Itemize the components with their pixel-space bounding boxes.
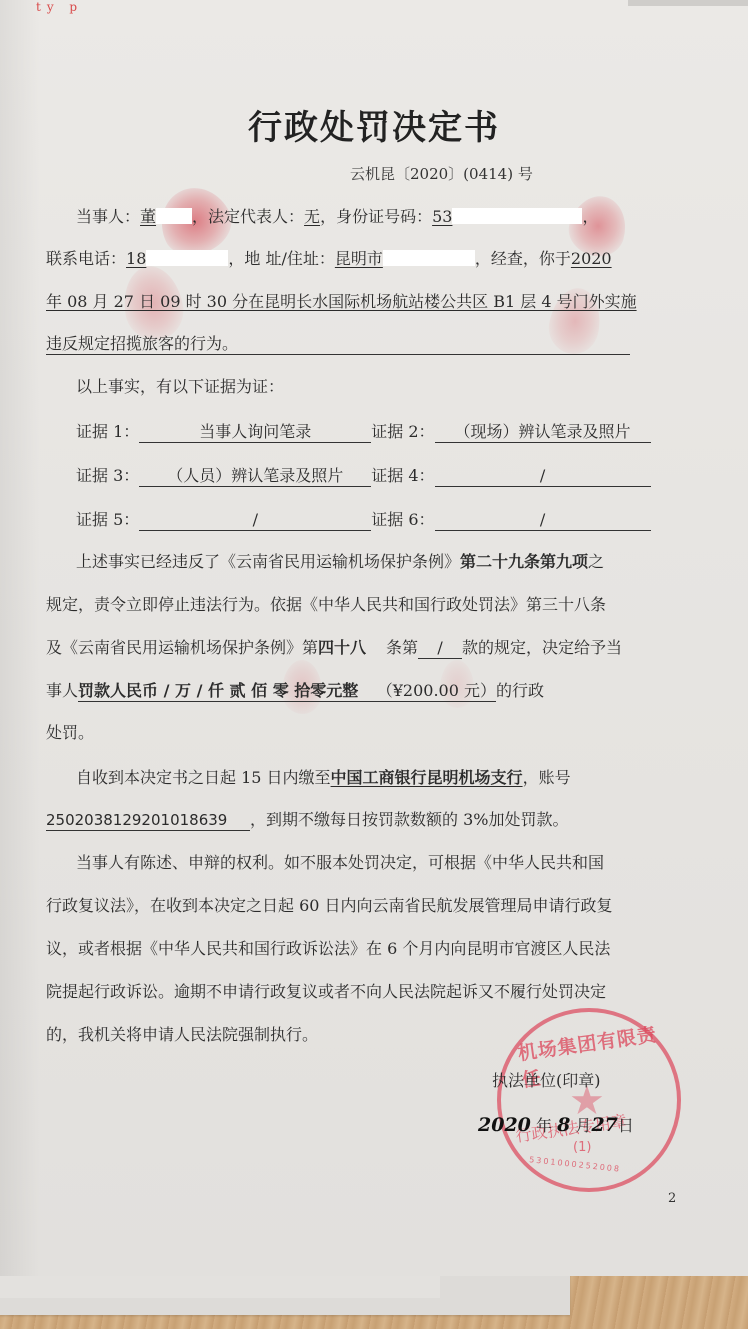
id-number: 53 xyxy=(432,207,452,226)
account-number: 2502038129201018639 xyxy=(46,810,250,831)
redaction-block xyxy=(156,208,192,224)
violated-article: 第二十九条第九项 xyxy=(460,552,588,571)
facts-line: 年 08 月 27 日 09 时 30 分在昆明长水国际机场航站楼公共区 B1 … xyxy=(46,291,686,313)
seal-code: 5301000252008 xyxy=(529,1155,622,1174)
evidence-row: 证据 3：（人员）辨认笔录及照片证据 4：/ xyxy=(76,465,716,487)
phone-number: 18 xyxy=(126,249,146,268)
evidence-5: / xyxy=(139,510,371,531)
seal-number-mark: (1) xyxy=(573,1140,591,1155)
rights-line: 议，或者根据《中华人民共和国行政诉讼法》在 6 个月内向昆明市官渡区人民法 xyxy=(46,938,686,960)
penalty-line: 事人罚款人民币 / 万 / 仟 贰 佰 零 拾零元整（¥200.00 元）的行政 xyxy=(46,680,686,702)
bank-name: 中国工商银行昆明机场支行 xyxy=(331,768,523,787)
enforcement-unit-label: 执法单位(印章) xyxy=(492,1068,601,1091)
page-corner-shadow xyxy=(628,0,748,6)
evidence-row: 证据 1：当事人询问笔录证据 2：（现场）辨认笔录及照片 xyxy=(76,421,716,443)
document-number: 云机昆〔2020〕(0414) 号 xyxy=(350,163,533,184)
red-print-mark: ty p xyxy=(36,0,83,14)
incident-year: 2020 xyxy=(571,249,612,268)
contact-line: 联系电话：18，地 址/住址：昆明市，经查，你于2020 xyxy=(46,248,686,270)
rights-line: 的，我机关将申请人民法院强制执行。 xyxy=(46,1024,686,1046)
redaction-block xyxy=(452,208,582,224)
handwritten-month: 8 xyxy=(557,1114,570,1136)
evidence-4: / xyxy=(435,466,651,487)
party-line: 当事人：董，法定代表人：无，身份证号码：53， xyxy=(76,206,716,228)
legal-representative: 无 xyxy=(304,207,320,226)
document-page: ty p 行政处罚决定书 云机昆〔2020〕(0414) 号 当事人：董，法定代… xyxy=(0,0,748,1276)
evidence-6: / xyxy=(435,510,651,531)
page-number: 2 xyxy=(668,1191,676,1206)
payment-line: 自收到本决定书之日起 15 日内缴至中国工商银行昆明机场支行，账号 xyxy=(76,767,716,789)
facts-line: 违反规定招揽旅客的行为。 xyxy=(46,333,686,355)
evidence-3: （人员）辨认笔录及照片 xyxy=(139,466,371,487)
penalty-amount-words: 罚款人民币 / 万 / 仟 贰 佰 零 拾零元整 xyxy=(78,681,368,702)
rights-line: 院提起行政诉讼。逾期不申请行政复议或者不向人民法院起诉又不履行处罚决定 xyxy=(46,981,686,1003)
penalty-amount: （¥200.00 元） xyxy=(368,681,496,702)
decision-line: 规定，责令立即停止违法行为。依据《中华人民共和国行政处罚法》第三十八条 xyxy=(46,594,686,616)
handwritten-year: 2020 xyxy=(478,1114,531,1136)
signature-date: 2020 年 8 月27日 xyxy=(478,1113,634,1136)
decision-line: 处罚。 xyxy=(46,722,686,744)
evidence-2: （现场）辨认笔录及照片 xyxy=(435,422,651,443)
evidence-row: 证据 5：/证据 6：/ xyxy=(76,509,716,531)
payment-line: 2502038129201018639，到期不缴每日按罚款数额的 3%加处罚款。 xyxy=(46,809,686,831)
decision-line: 及《云南省民用运输机场保护条例》第四十八条第/款的规定，决定给予当 xyxy=(46,637,686,659)
evidence-intro: 以上事实，有以下证据为证： xyxy=(76,376,716,398)
address: 昆明市 xyxy=(335,249,383,268)
redaction-block xyxy=(383,250,475,266)
rights-line: 行政复议法》，在收到本决定之日起 60 日内向云南省民航发展管理局申请行政复 xyxy=(46,895,686,917)
handwritten-day: 27 xyxy=(591,1114,617,1136)
redaction-block xyxy=(146,250,228,266)
decision-line: 上述事实已经违反了《云南省民用运输机场保护条例》第二十九条第九项之 xyxy=(76,551,716,573)
rights-line: 当事人有陈述、申辩的权利。如不服本处罚决定，可根据《中华人民共和国 xyxy=(76,852,716,874)
evidence-1: 当事人询问笔录 xyxy=(139,422,371,443)
party-name: 董 xyxy=(140,207,156,226)
document-title: 行政处罚决定书 xyxy=(0,100,748,149)
